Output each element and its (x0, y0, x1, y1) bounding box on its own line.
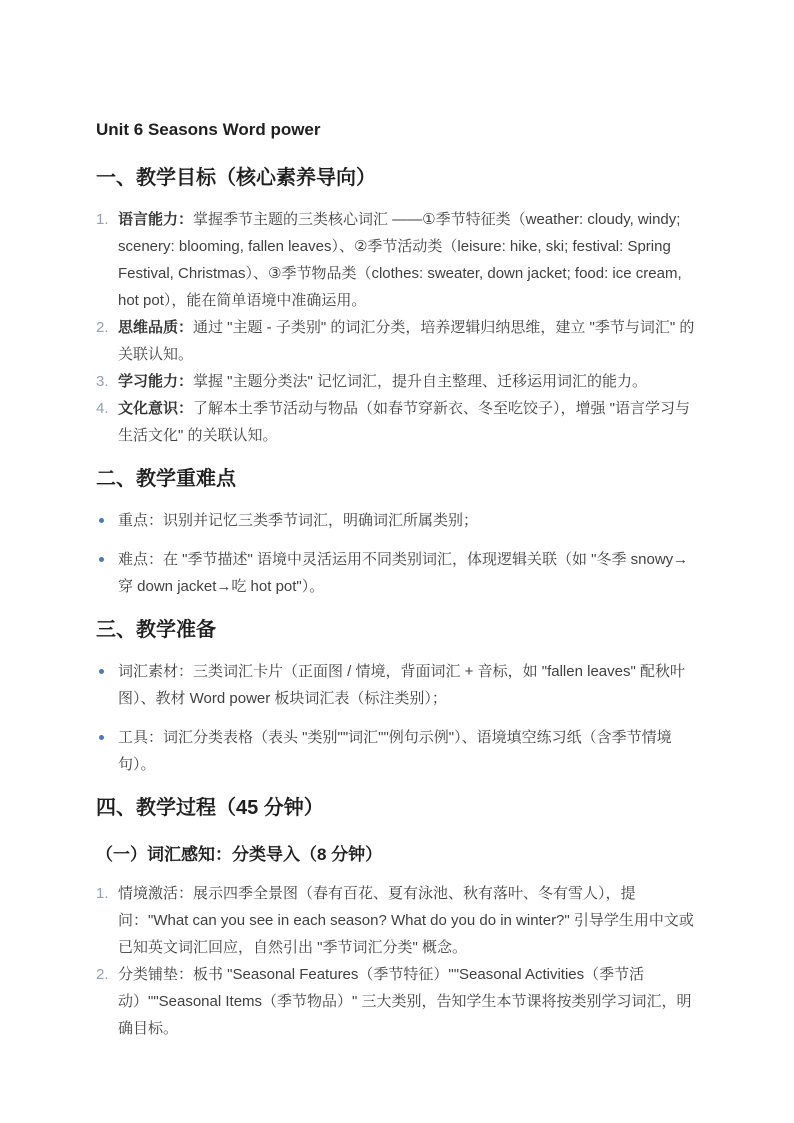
list-item-text: 重点：识别并记忆三类季节词汇，明确词汇所属类别； (118, 507, 698, 534)
process-list: 1. 情境激活：展示四季全景图（春有百花、夏有泳池、秋有落叶、冬有雪人），提问：… (96, 880, 698, 1042)
list-item-text: 思维品质：通过 "主题 - 子类别" 的词汇分类，培养逻辑归纳思维，建立 "季节… (118, 314, 698, 368)
list-item-text: 难点：在 "季节描述" 语境中灵活运用不同类别词汇，体现逻辑关联（如 "冬季 s… (118, 546, 698, 600)
bullet-dot-icon (96, 546, 118, 600)
list-item-text: 文化意识：了解本土季节活动与物品（如春节穿新衣、冬至吃饺子），增强 "语言学习与… (118, 395, 698, 449)
section-heading-key-points: 二、教学重难点 (96, 465, 698, 493)
list-item: 1. 情境激活：展示四季全景图（春有百花、夏有泳池、秋有落叶、冬有雪人），提问：… (96, 880, 698, 961)
doc-title: Unit 6 Seasons Word power (96, 118, 698, 142)
item-term: 学习能力： (118, 373, 193, 390)
list-item: 工具：词汇分类表格（表头 "类别""词汇""例句示例"）、语境填空练习纸（含季节… (96, 724, 698, 778)
preparation-list: 词汇素材：三类词汇卡片（正面图 / 情境，背面词汇 + 音标，如 "fallen… (96, 658, 698, 778)
list-item: 难点：在 "季节描述" 语境中灵活运用不同类别词汇，体现逻辑关联（如 "冬季 s… (96, 546, 698, 600)
list-number: 2. (96, 961, 118, 1042)
bullet-dot-icon (96, 507, 118, 534)
list-item-text: 语言能力：掌握季节主题的三类核心词汇 ——①季节特征类（weather: clo… (118, 206, 698, 314)
section-heading-preparation: 三、教学准备 (96, 616, 698, 644)
list-item: 4. 文化意识：了解本土季节活动与物品（如春节穿新衣、冬至吃饺子），增强 "语言… (96, 395, 698, 449)
list-item: 2. 分类铺垫：板书 "Seasonal Features（季节特征）""Sea… (96, 961, 698, 1042)
list-number: 3. (96, 368, 118, 395)
list-number: 4. (96, 395, 118, 449)
list-item-text: 工具：词汇分类表格（表头 "类别""词汇""例句示例"）、语境填空练习纸（含季节… (118, 724, 698, 778)
item-body: 掌握 "主题分类法" 记忆词汇，提升自主整理、迁移运用词汇的能力。 (193, 373, 647, 390)
list-item: 2. 思维品质：通过 "主题 - 子类别" 的词汇分类，培养逻辑归纳思维，建立 … (96, 314, 698, 368)
document-page: Unit 6 Seasons Word power 一、教学目标（核心素养导向）… (0, 0, 794, 1123)
bullet-dot-icon (96, 724, 118, 778)
key-points-list: 重点：识别并记忆三类季节词汇，明确词汇所属类别； 难点：在 "季节描述" 语境中… (96, 507, 698, 600)
list-item-text: 学习能力：掌握 "主题分类法" 记忆词汇，提升自主整理、迁移运用词汇的能力。 (118, 368, 698, 395)
list-item: 1. 语言能力：掌握季节主题的三类核心词汇 ——①季节特征类（weather: … (96, 206, 698, 314)
item-term: 思维品质： (118, 319, 193, 336)
item-term: 文化意识： (118, 400, 193, 417)
section-heading-process: 四、教学过程（45 分钟） (96, 794, 698, 822)
list-number: 2. (96, 314, 118, 368)
subsection-heading-lead-in: （一）词汇感知：分类导入（8 分钟） (96, 842, 698, 868)
list-number: 1. (96, 206, 118, 314)
item-body: 掌握季节主题的三类核心词汇 ——①季节特征类（weather: cloudy, … (118, 211, 682, 309)
section-heading-objectives: 一、教学目标（核心素养导向） (96, 164, 698, 192)
item-term: 语言能力： (118, 211, 193, 228)
objectives-list: 1. 语言能力：掌握季节主题的三类核心词汇 ——①季节特征类（weather: … (96, 206, 698, 449)
list-item-text: 情境激活：展示四季全景图（春有百花、夏有泳池、秋有落叶、冬有雪人），提问："Wh… (118, 880, 698, 961)
list-item: 词汇素材：三类词汇卡片（正面图 / 情境，背面词汇 + 音标，如 "fallen… (96, 658, 698, 712)
list-number: 1. (96, 880, 118, 961)
bullet-dot-icon (96, 658, 118, 712)
list-item: 3. 学习能力：掌握 "主题分类法" 记忆词汇，提升自主整理、迁移运用词汇的能力… (96, 368, 698, 395)
item-body: 通过 "主题 - 子类别" 的词汇分类，培养逻辑归纳思维，建立 "季节与词汇" … (118, 319, 694, 363)
list-item: 重点：识别并记忆三类季节词汇，明确词汇所属类别； (96, 507, 698, 534)
item-body: 了解本土季节活动与物品（如春节穿新衣、冬至吃饺子），增强 "语言学习与生活文化"… (118, 400, 690, 444)
list-item-text: 分类铺垫：板书 "Seasonal Features（季节特征）""Season… (118, 961, 698, 1042)
list-item-text: 词汇素材：三类词汇卡片（正面图 / 情境，背面词汇 + 音标，如 "fallen… (118, 658, 698, 712)
